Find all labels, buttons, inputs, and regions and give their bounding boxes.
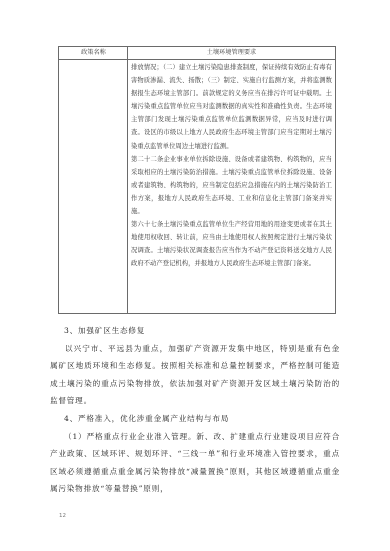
requirement-paragraph: 第六十七条土壤污染重点监管单位生产经营用地的用途变更或者在其土地使用权收回、转让… [131, 218, 332, 270]
section-heading: 4、严格准入，优化涉重金属产业结构与布局 [50, 410, 340, 428]
body-text: 3、加强矿区生态修复 以兴宁市、平远县为重点，加强矿产资源开发集中地区，特别是重… [50, 322, 340, 498]
policy-name-cell [59, 60, 127, 313]
header-policy-name: 政策名称 [59, 47, 128, 59]
requirements-cell: 排放情况；（二）建立土壤污染隐患排查制度，保证持续有效防止有毒有害物质渗漏、流失… [131, 61, 332, 311]
table-header-row: 政策名称 土壤环境管理要求 [59, 47, 335, 60]
paragraph: （1）严格重点行业企业准入管理。新、改、扩建重点行业建设项目应符合产业政策、区域… [50, 428, 340, 498]
header-soil-requirements: 土壤环境管理要求 [128, 47, 335, 59]
requirement-paragraph: 第二十二条企业事业单位拆除设施、设备或者建筑物、构筑物的，应当采取相应的土壤污染… [131, 153, 332, 218]
paragraph: 以兴宁市、平远县为重点，加强矿产资源开发集中地区，特别是重有色金属矿区地质环境和… [50, 340, 340, 410]
page-number: 12 [59, 513, 66, 519]
section-heading: 3、加强矿区生态修复 [50, 322, 340, 340]
requirement-paragraph: 排放情况；（二）建立土壤污染隐患排查制度，保证持续有效防止有毒有害物质渗漏、流失… [131, 61, 332, 153]
policy-table: 政策名称 土壤环境管理要求 排放情况；（二）建立土壤污染隐患排查制度，保证持续有… [58, 46, 336, 314]
column-divider [127, 47, 128, 313]
document-page: 政策名称 土壤环境管理要求 排放情况；（二）建立土壤污染隐患排查制度，保证持续有… [0, 0, 390, 551]
